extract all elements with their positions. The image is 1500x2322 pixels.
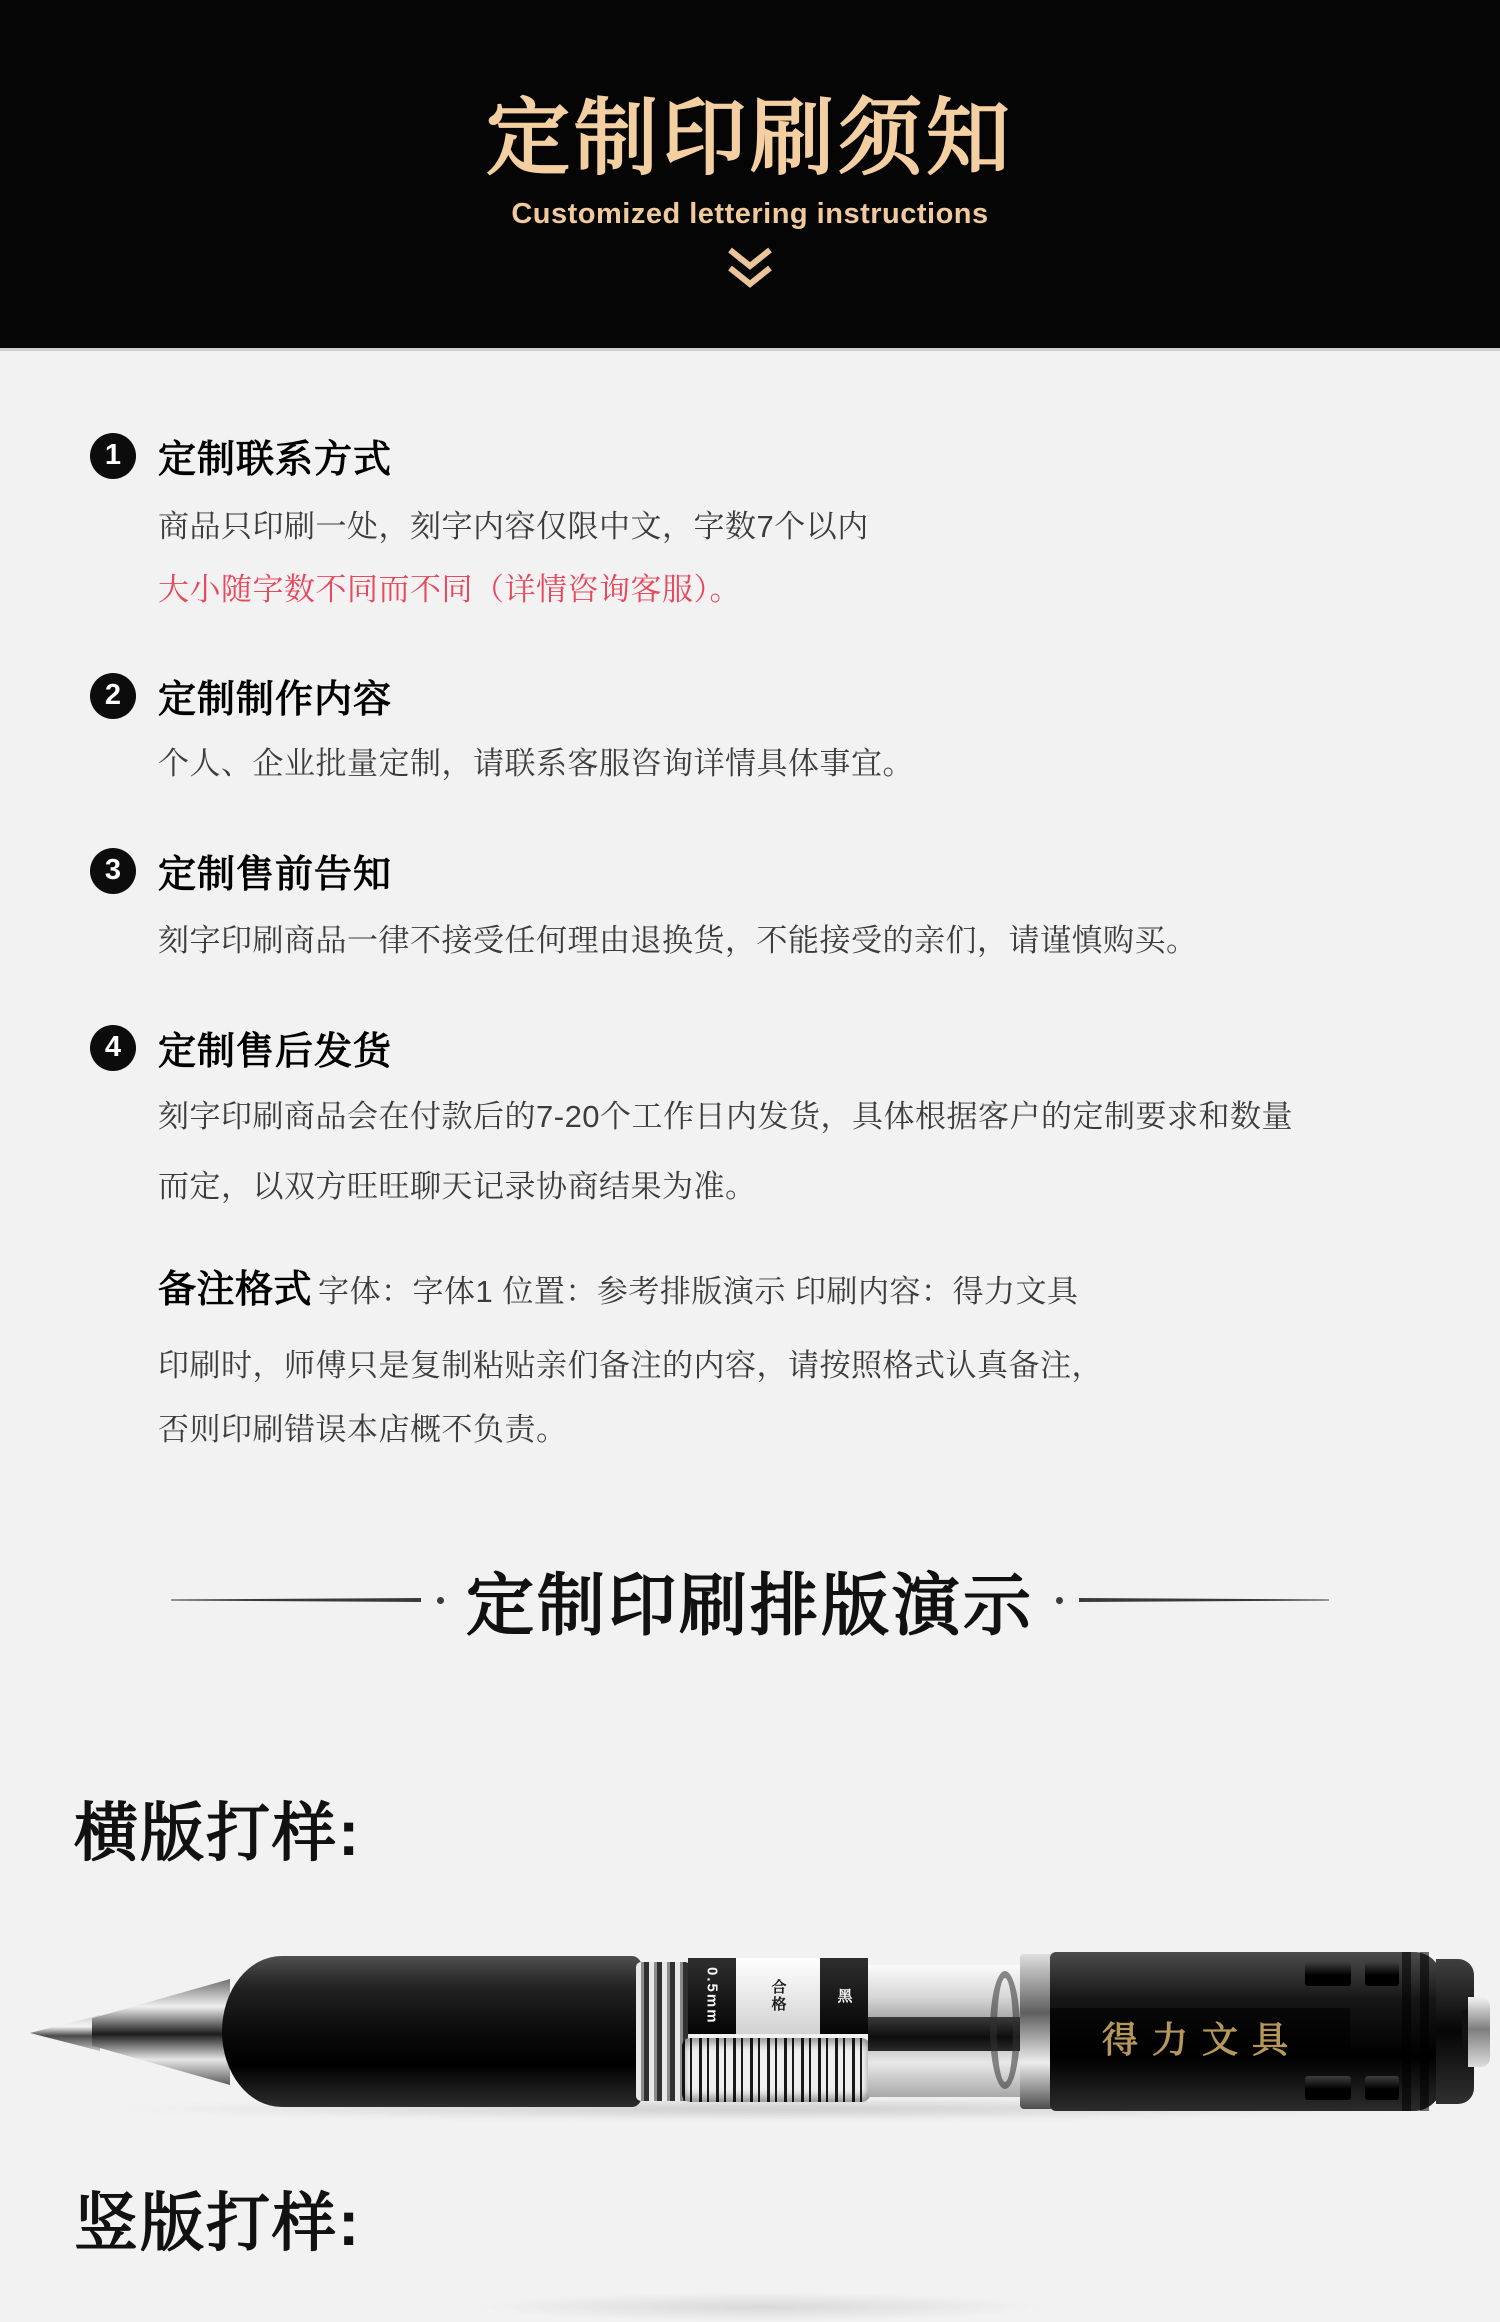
section-title: 定制售前告知	[158, 843, 392, 898]
divider-line-left	[171, 1598, 421, 1602]
pen-rubber-grip	[222, 1956, 642, 2107]
pen-barrel: 得力文具	[1050, 1952, 1442, 2111]
pen-chrome-joint	[1020, 1954, 1054, 2109]
vertical-proof-label: 竖版打样:	[74, 2172, 361, 2264]
page-title: 定制印刷须知	[0, 0, 1500, 180]
section-number: 2	[105, 679, 121, 712]
pen-qc-tag: 合格	[736, 1958, 820, 2034]
pen-tip	[30, 2015, 100, 2051]
pen-push-button	[1468, 1997, 1490, 2067]
pen-product-image: 0.5mm 合格 黑 得力文具	[30, 1952, 1490, 2112]
double-chevron-down-icon	[721, 245, 779, 291]
note-text-line: 否则印刷错误本店概不负责。	[158, 1404, 568, 1449]
section-header-presale: 3 定制售前告知	[90, 843, 392, 898]
section-text-line: 商品只印刷一处，刻字内容仅限中文，字数7个以内	[158, 508, 869, 547]
divider-dot-right	[1056, 1597, 1063, 1604]
section-number: 1	[105, 439, 121, 472]
pen-barrel-groove	[1402, 1952, 1411, 2111]
section-title: 定制制作内容	[158, 668, 392, 723]
page-subtitle: Customized lettering instructions	[0, 198, 1500, 231]
pen-window-ring	[990, 1971, 1020, 2089]
pen-clip-slot	[1365, 2076, 1399, 2100]
pen-spec-tag: 0.5mm	[688, 1958, 736, 2034]
note-text-line: 印刷时，师傅只是复制粘贴亲们备注的内容，请按照格式认真备注，	[158, 1340, 1103, 1385]
demo-section-title: 定制印刷排版演示	[466, 1552, 1034, 1649]
pen-custom-print-text: 得力文具	[1102, 2012, 1402, 2063]
section-number-badge: 4	[90, 1025, 136, 1071]
note-format-label: 备注格式	[158, 1269, 312, 1311]
section-header-production: 2 定制制作内容	[90, 668, 392, 723]
note-format-value: 字体：字体1 位置：参考排版演示 印刷内容：得力文具	[318, 1274, 1078, 1309]
next-image-shadow	[470, 2292, 1050, 2322]
section-number: 3	[105, 854, 121, 887]
hero-banner: 定制印刷须知 Customized lettering instructions	[0, 0, 1500, 351]
custom-printing-notice-page: 定制印刷须知 Customized lettering instructions…	[0, 0, 1500, 2322]
section-number-badge: 1	[90, 433, 136, 479]
section-number: 4	[105, 1031, 121, 1064]
pen-clip-slot	[1305, 2076, 1351, 2100]
pen-barcode-band	[682, 2038, 870, 2102]
section-header-shipping: 4 定制售后发货	[90, 1020, 392, 1075]
section-text-line: 刻字印刷商品一律不接受任何理由退换货，不能接受的亲们，请谨慎购买。	[158, 922, 1198, 961]
pen-clip-slot	[1305, 1962, 1351, 1986]
divider-line-right	[1079, 1598, 1329, 1602]
pen-barrel-groove	[1420, 1952, 1429, 2111]
section-title: 定制售后发货	[158, 1020, 392, 1075]
pen-ink-color-tag: 黑	[820, 1958, 868, 2034]
section-text-line: 刻字印刷商品会在付款后的7-20个工作日内发货，具体根据客户的定制要求和数量	[158, 1098, 1293, 1137]
pen-ink-color-text: 黑	[834, 1988, 855, 2005]
pen-tip-cone	[92, 1979, 230, 2085]
pen-qc-text: 合格	[768, 1979, 789, 2013]
note-format-line: 备注格式字体：字体1 位置：参考排版演示 印刷内容：得力文具	[158, 1258, 1078, 1313]
pen-clip-slot	[1365, 1962, 1399, 1986]
section-number-badge: 2	[90, 673, 136, 719]
pen-ink-window	[868, 1965, 1024, 2097]
section-text-line: 而定，以双方旺旺聊天记录协商结果为准。	[158, 1168, 757, 1207]
section-header-contact: 1 定制联系方式	[90, 428, 392, 483]
pen-spec-text: 0.5mm	[704, 1967, 721, 2025]
section-title: 定制联系方式	[158, 428, 392, 483]
section-number-badge: 3	[90, 848, 136, 894]
horizontal-proof-label: 横版打样:	[74, 1782, 361, 1874]
section-text-line: 个人、企业批量定制，请联系客服咨询详情具体事宜。	[158, 745, 914, 784]
demo-section-divider: 定制印刷排版演示	[0, 1558, 1500, 1642]
divider-dot-left	[437, 1597, 444, 1604]
section-text-line-highlight: 大小随字数不同而不同（详情咨询客服）。	[158, 571, 741, 610]
pen-refill-label: 0.5mm 合格 黑	[688, 1958, 868, 2034]
